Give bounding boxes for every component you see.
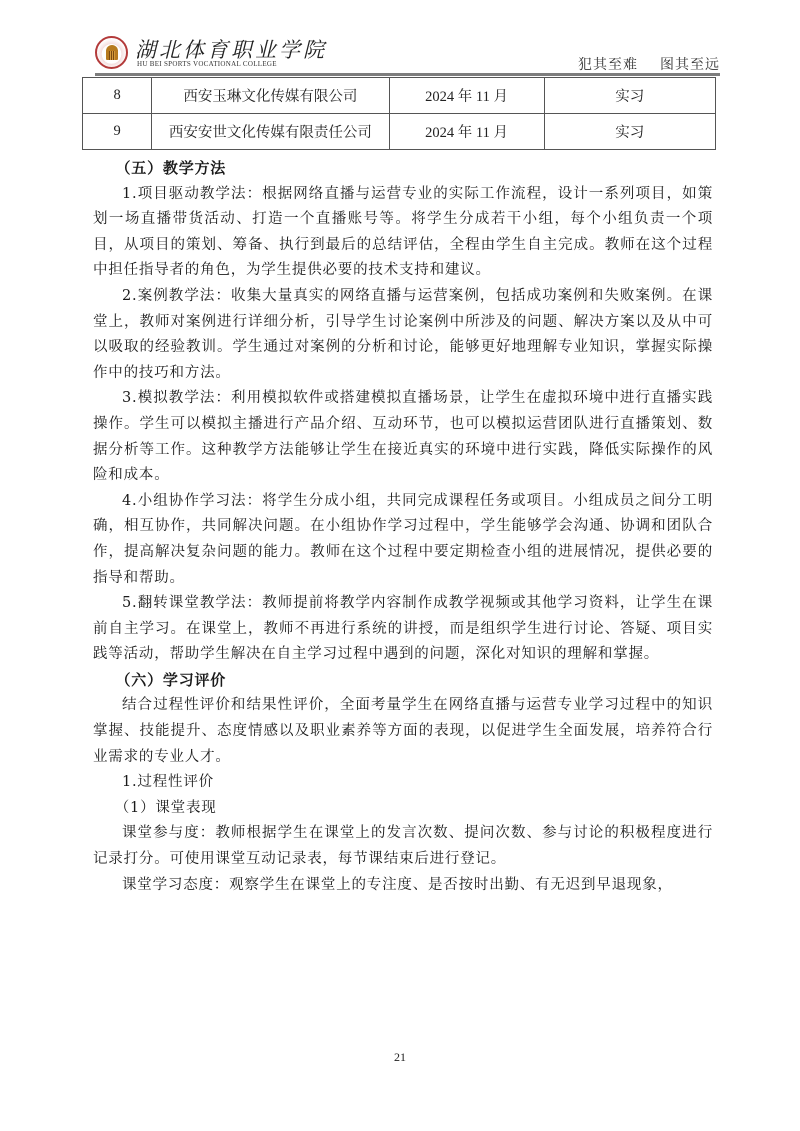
subheading-classroom-performance: （1）课堂表现 — [93, 796, 713, 822]
motto-left: 犯其至难 — [578, 57, 638, 73]
table-row: 8 西安玉琳文化传媒有限公司 2024 年 11 月 实习 — [83, 78, 716, 114]
paragraph-method-5: 5.翻转课堂教学法：教师提前将教学内容制作成教学视频或其他学习资料，让学生在课前… — [93, 591, 713, 668]
paragraph-method-4: 4.小组协作学习法：将学生分成小组，共同完成课程任务或项目。小组成员之间分工明确… — [93, 489, 713, 591]
page-header: 湖北体育职业学院 HU BEI SPORTS VOCATIONAL COLLEG… — [95, 36, 720, 72]
partner-company-table: 8 西安玉琳文化传媒有限公司 2024 年 11 月 实习 9 西安安世文化传媒… — [82, 77, 716, 150]
cooperation-type: 实习 — [544, 78, 715, 114]
building-emblem-icon — [106, 45, 118, 60]
section-heading-teaching-methods: （五）教学方法 — [93, 156, 713, 182]
company-name: 西安安世文化传媒有限责任公司 — [152, 114, 389, 150]
motto-right: 图其至远 — [660, 57, 720, 73]
cooperation-date: 2024 年 11 月 — [389, 114, 544, 150]
subheading-process-evaluation: 1.过程性评价 — [93, 770, 713, 796]
row-number: 9 — [83, 114, 152, 150]
company-name: 西安玉琳文化传媒有限公司 — [152, 78, 389, 114]
cooperation-date: 2024 年 11 月 — [389, 78, 544, 114]
college-seal-icon — [95, 36, 128, 69]
school-motto: 犯其至难图其至远 — [578, 54, 720, 74]
table-row: 9 西安安世文化传媒有限责任公司 2024 年 11 月 实习 — [83, 114, 716, 150]
page-number: 21 — [0, 1050, 800, 1065]
document-body: （五）教学方法 1.项目驱动教学法：根据网络直播与运营专业的实际工作流程，设计一… — [93, 156, 713, 898]
paragraph-participation: 课堂参与度：教师根据学生在课堂上的发言次数、提问次数、参与讨论的积极程度进行记录… — [93, 821, 713, 872]
section-heading-learning-evaluation: （六）学习评价 — [93, 668, 713, 694]
paragraph-evaluation-intro: 结合过程性评价和结果性评价，全面考量学生在网络直播与运营专业学习过程中的知识掌握… — [93, 693, 713, 770]
row-number: 8 — [83, 78, 152, 114]
school-name-english: HU BEI SPORTS VOCATIONAL COLLEGE — [137, 60, 277, 68]
header-divider — [95, 73, 720, 76]
paragraph-method-3: 3.模拟教学法：利用模拟软件或搭建模拟直播场景，让学生在虚拟环境中进行直播实践操… — [93, 386, 713, 488]
paragraph-method-2: 2.案例教学法：收集大量真实的网络直播与运营案例，包括成功案例和失败案例。在课堂… — [93, 284, 713, 386]
paragraph-attitude: 课堂学习态度：观察学生在课堂上的专注度、是否按时出勤、有无迟到早退现象， — [93, 873, 713, 899]
cooperation-type: 实习 — [544, 114, 715, 150]
paragraph-method-1: 1.项目驱动教学法：根据网络直播与运营专业的实际工作流程，设计一系列项目，如策划… — [93, 182, 713, 284]
